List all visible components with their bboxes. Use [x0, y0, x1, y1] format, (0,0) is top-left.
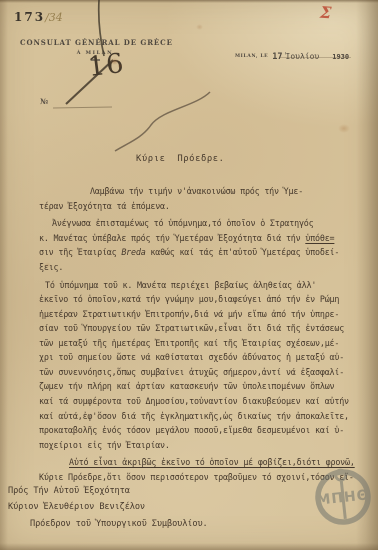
text-line: σίαν τοῦ Ὑπουργείου τῶν Στρατιωτικῶν,εἶν… — [39, 321, 355, 336]
letter-page: 173/34 Σ CONSULAT GÉNÉRAL DE GRÈCE À MIL… — [0, 0, 378, 550]
text-line: ποχείριοι εἰς τήν Ἐταιρίαν. — [39, 438, 355, 453]
text-line: Ἀνέγνωσα ἐπισταμένως τό ὑπόμνημα,τό ὁποῖ… — [39, 216, 355, 231]
dateline-place-label: MILAN, LE — [235, 54, 268, 59]
text-line: Τό ὑπόμνημα τοῦ κ. Μανέτα περιέχει βεβαί… — [39, 278, 355, 293]
archive-number-main: 173 — [14, 10, 45, 24]
stamp-letters: ΜΠΗΘ — [316, 487, 371, 508]
archive-number-sub: /34 — [45, 11, 63, 24]
recipient-block: Πρός Τήν Αὐτοῦ Ἐξοχότητα Κύριον Ἐλευθέρι… — [8, 483, 208, 532]
paragraph-2: Ἀνέγνωσα ἐπισταμένως τό ὑπόμνημα,τό ὁποῖ… — [39, 216, 355, 274]
dateline-rule — [279, 57, 351, 58]
paragraph-1: Λαμβάνω τήν τιμήν ν'ἀνακοινώσω πρός τήν … — [39, 184, 355, 213]
body-text: Λαμβάνω τήν τιμήν ν'ἀνακοινώσω πρός τήν … — [39, 184, 355, 485]
recipient-line-2: Κύριον Ἐλευθέριον Βενιζέλον — [8, 499, 208, 515]
foxing-spot — [118, 64, 122, 68]
foxing-spot — [338, 124, 350, 133]
text-line: καί αὐτά,ἐφ'ὅσον διά τῆς ἐγκληματικῆς,ὡς… — [39, 409, 355, 424]
foxing-spot — [44, 262, 51, 268]
consulate-title: CONSULAT GÉNÉRAL DE GRÈCE — [20, 38, 170, 47]
text-line: καί τά συμφέροντα τοῦ Δημοσίου,τοὐναντίο… — [39, 394, 355, 409]
text-line: Αὐτό εἶναι ἀκριβῶς ἐκεῖνο τό ὁποῖον μέ φ… — [39, 455, 355, 470]
text-line: ἡμετέραν Στρατιωτικήν Ἐπιτροπήν,διά νά μ… — [39, 307, 355, 322]
recipient-line-1: Πρός Τήν Αὐτοῦ Ἐξοχότητα — [8, 483, 208, 499]
paragraph-4: Αὐτό εἶναι ἀκριβῶς ἐκεῖνο τό ὁποῖον μέ φ… — [39, 455, 355, 484]
text-line: χρι τοῦ σημείου ὥστε νά καθίσταται σχεδό… — [39, 350, 355, 365]
text-line: ζωμεν τήν πλήρη καί ἀρτίαν κατασκευήν τῶ… — [39, 379, 355, 394]
archive-number: 173/34 — [14, 6, 63, 25]
text-line: σιν τῆς Ἐταιρίας Breda καθώς καί τάς ἐπ'… — [39, 245, 355, 260]
stamp-top-circle — [335, 470, 346, 481]
numero-label: № — [40, 97, 48, 106]
archive-stamp: ΜΠΗΘ — [309, 463, 377, 531]
dateline: MILAN, LE17Ἰουλίου1930 — [235, 44, 370, 63]
text-line: κ. Μανέτας ὑπέβαλε πρός τήν Ὑμετέραν Ἐξο… — [39, 231, 355, 246]
text-line: τῶν συνεννόησις,ὅπως συμβαίνει ἀτυχῶς σή… — [39, 365, 355, 380]
numero-line — [53, 106, 112, 108]
salutation: Κύριε Πρόεδρε. — [136, 154, 225, 164]
text-line: τῶν μεταξύ τῆς ἡμετέρας Ἐπιτροπῆς καί τῆ… — [39, 336, 355, 351]
foxing-spot — [196, 24, 203, 30]
pen-flourish — [115, 92, 210, 151]
red-sigma-mark: Σ — [319, 3, 332, 23]
recipient-line-3: Πρόεδρον τοῦ Ὑπουργικοῦ Συμβουλίου. — [8, 516, 208, 532]
text-line: προκαταβολῆς ἑνός τόσον μεγάλου ποσοῦ,εἴ… — [39, 423, 355, 438]
text-line: ξεις. — [39, 260, 355, 275]
paragraph-3: Τό ὑπόμνημα τοῦ κ. Μανέτα περιέχει βεβαί… — [39, 278, 355, 453]
text-line: τέραν Ἐξοχότητα τά ἑπόμενα. — [39, 199, 355, 214]
text-line: ἐκεῖνο τό ὁποῖον,κατά τήν γνώμην μου,δια… — [39, 292, 355, 307]
text-line: Λαμβάνω τήν τιμήν ν'ἀνακοινώσω πρός τήν … — [39, 184, 355, 199]
